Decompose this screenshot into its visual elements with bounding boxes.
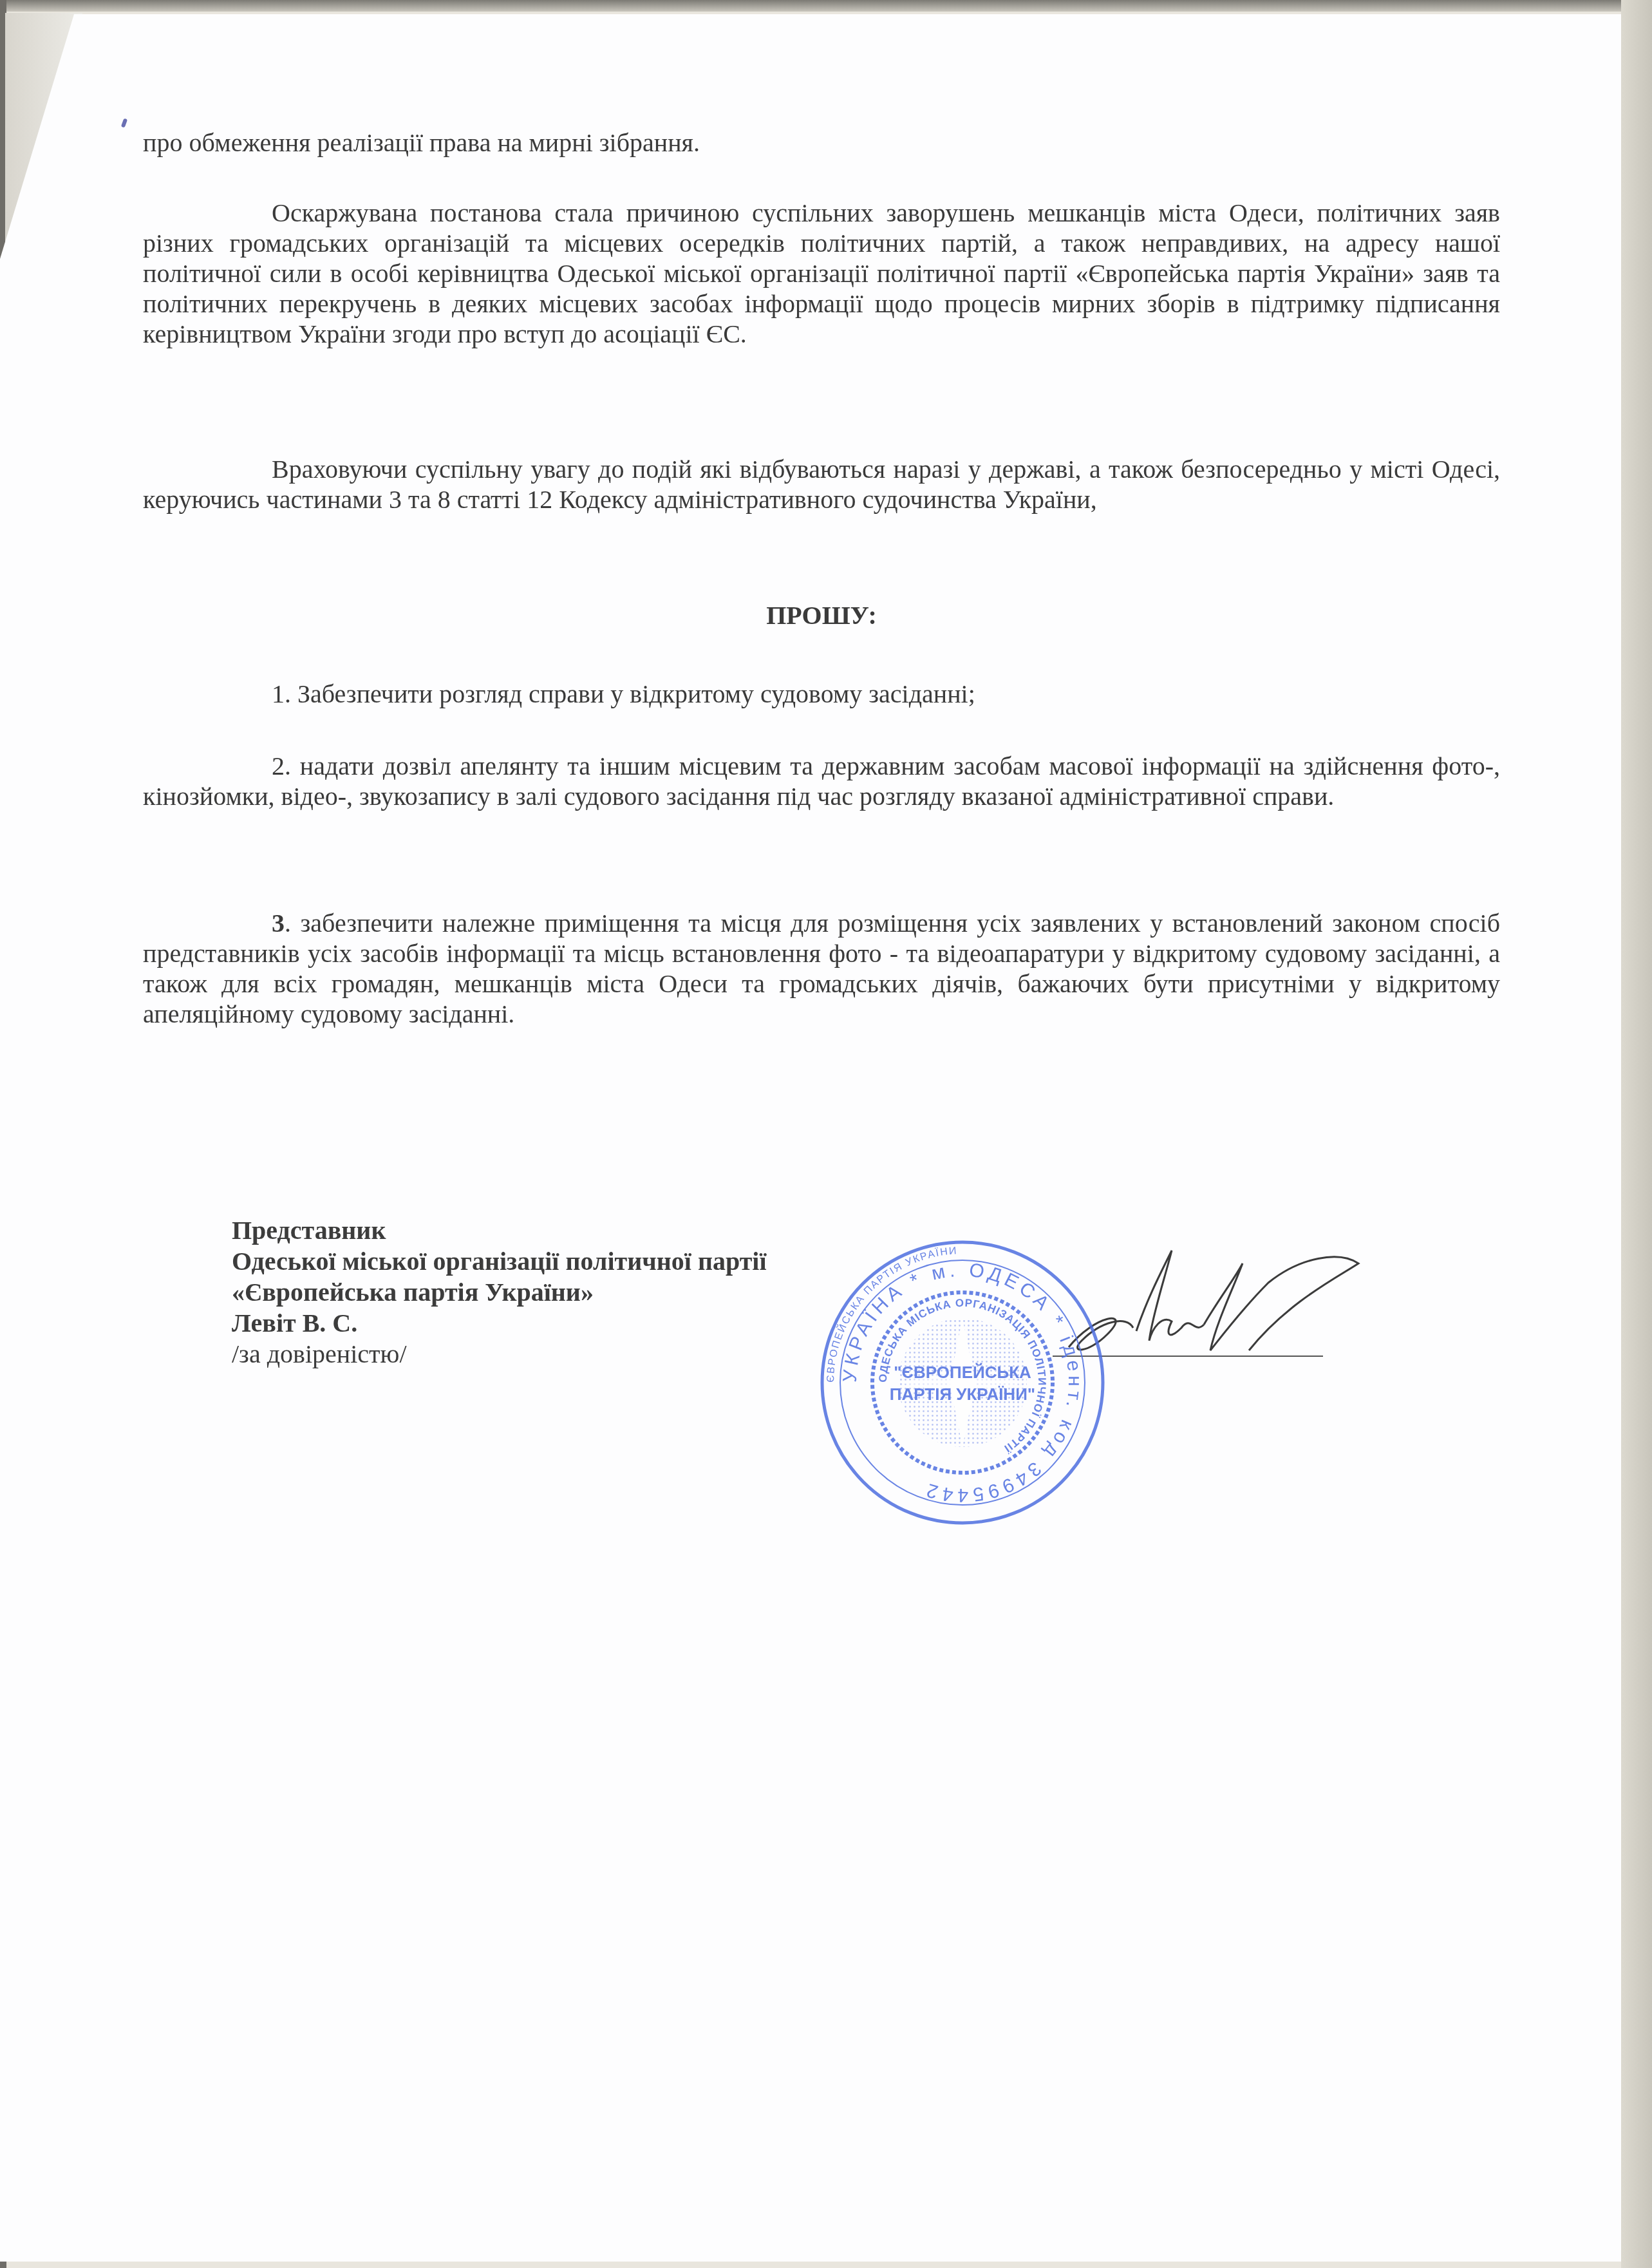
document-page: про обмеження реалізації права на мирні … [0,14,1621,2262]
request-number: 1. [272,679,291,708]
signature-block: Представник Одеської міської організації… [232,1215,767,1370]
organization-stamp-icon: ЄВРОПЕЙСЬКА ПАРТІЯ УКРАЇНИ УКРАЇНА * м. … [818,1238,1107,1527]
request-number: 3 [272,909,285,938]
handwritten-signature-icon [1056,1238,1416,1366]
scanner-right-edge [1621,0,1652,2268]
request-text: надати дозвіл апелянту та іншим місцевим… [143,751,1500,811]
paragraph-continuation: про обмеження реалізації права на мирні … [143,128,1500,158]
paragraph-grounds: Враховуючи суспільну увагу до подій які … [143,454,1500,515]
request-item-2: 2. надати дозвіл апелянту та іншим місце… [143,751,1500,811]
signatory-authority: /за довіреністю/ [232,1339,767,1370]
ink-mark [121,118,127,128]
signatory-party: «Європейська партія України» [232,1277,767,1308]
request-text: Забезпечити розгляд справи у відкритому … [297,679,975,708]
request-item-3: 3. забезпечити належне приміщення та міс… [143,908,1500,1029]
signatory-name: Левіт В. С. [232,1308,767,1339]
signatory-organization: Одеської міської організації політичної … [232,1246,767,1277]
request-number: 2. [272,751,291,780]
svg-text:"ЄВРОПЕЙСЬКА: "ЄВРОПЕЙСЬКА [894,1363,1031,1382]
request-text: . забезпечити належне приміщення та місц… [143,909,1500,1028]
svg-text:ПАРТІЯ УКРАЇНИ": ПАРТІЯ УКРАЇНИ" [890,1384,1035,1404]
signatory-title: Представник [232,1215,767,1246]
request-heading: ПРОШУ: [143,600,1500,630]
paragraph-context: Оскаржувана постанова стала причиною сус… [143,198,1500,349]
request-item-1: 1. Забезпечити розгляд справи у відкрито… [143,679,1500,709]
scanner-top-edge [0,0,1652,12]
